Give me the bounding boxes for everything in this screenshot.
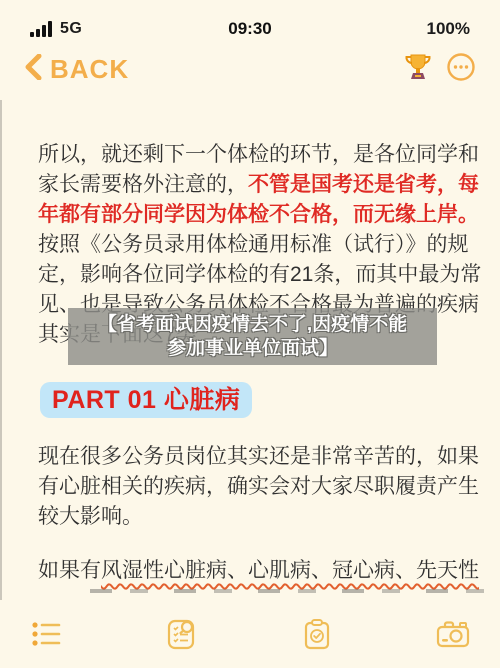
p3-text: 如果有 [38, 559, 101, 582]
phone-screen: 5G 09:30 100% BACK [0, 0, 500, 668]
bottom-toolbar [0, 600, 500, 668]
paragraph-2: 现在很多公务员岗位其实还是非常辛苦的，如果有心脏相关的疾病，确实会对大家尽职履责… [2, 442, 500, 532]
back-label: BACK [50, 54, 129, 85]
more-options-icon[interactable] [446, 52, 476, 87]
battery-percent: 100% [427, 19, 470, 39]
nav-bar: BACK [0, 44, 500, 94]
article-content: 所以，就还剩下一个体检的环节，是各位同学和家长需要格外注意的，不管是国考还是省考… [0, 100, 500, 600]
clipped-text-remnant [90, 589, 494, 593]
status-bar: 5G 09:30 100% [0, 14, 500, 44]
overlay-title-line2: 参加事业单位面试】 [167, 337, 338, 361]
doc-search-icon[interactable] [167, 618, 197, 650]
paragraph-3: 如果有风湿性心脏病、心肌病、冠心病、先天性 [2, 556, 500, 586]
back-button[interactable]: BACK [24, 54, 129, 85]
chevron-left-icon [24, 54, 42, 85]
watermark-title-overlay: 【省考面试因疫情去不了,因疫情不能 参加事业单位面试】 [68, 308, 437, 365]
trophy-icon[interactable] [402, 51, 434, 88]
bullet-list-icon[interactable] [30, 618, 62, 650]
clock: 09:30 [0, 19, 500, 39]
section-badge-part01: PART 01 心脏病 [40, 382, 252, 418]
clipboard-check-icon[interactable] [303, 618, 331, 650]
overlay-title-line1: 【省考面试因疫情去不了,因疫情不能 [98, 313, 407, 337]
camera-icon[interactable] [436, 619, 470, 649]
p3-underlined-diseases: 风湿性心脏病、心肌病、冠心病、先天性 [101, 559, 479, 582]
